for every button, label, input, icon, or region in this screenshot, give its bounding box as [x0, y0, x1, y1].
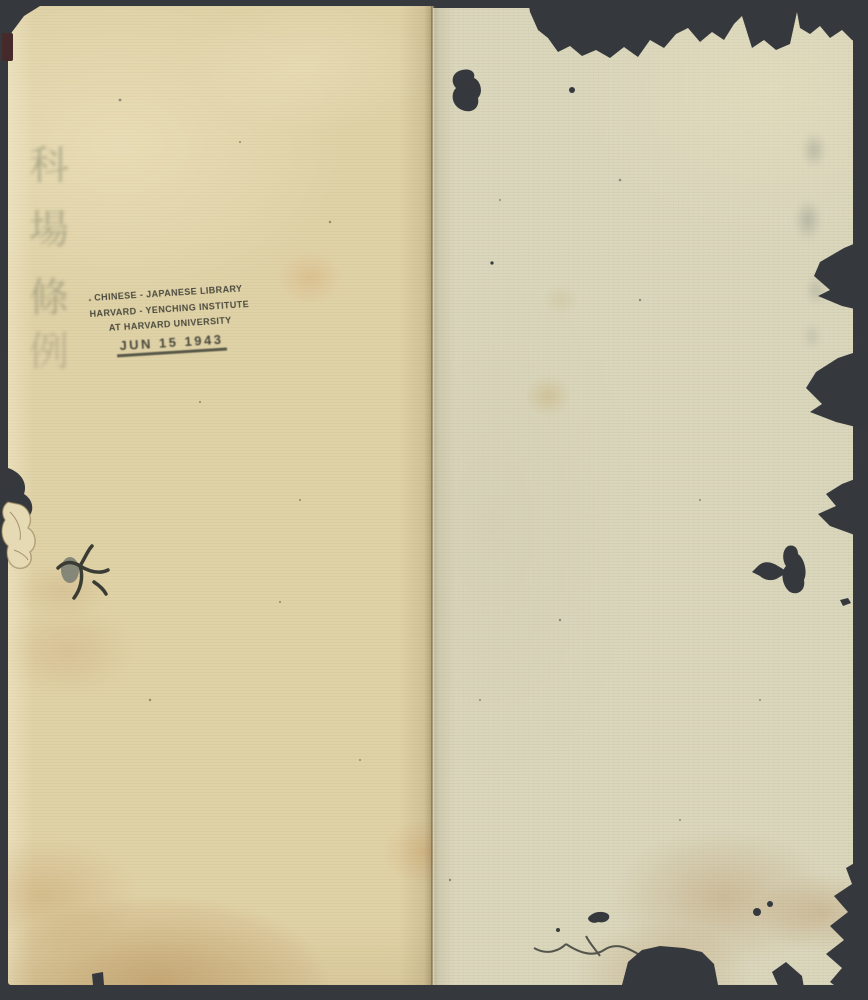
- page-gutter-fold: [424, 6, 438, 985]
- library-stamp: CHINESE - JAPANESE LIBRARY HARVARD - YEN…: [88, 281, 252, 358]
- showthrough-char: 場: [24, 208, 74, 252]
- showthrough-char: 條: [24, 276, 74, 320]
- showthrough-title-text: 科 場 條 例: [24, 130, 74, 490]
- showthrough-char: 例: [24, 330, 74, 374]
- showthrough-char: 科: [24, 144, 74, 188]
- book-scan-surface: 科 場 條 例 CHINESE - JAPANESE LIBRARY HARVA…: [0, 0, 868, 1000]
- showthrough-marks-right: [782, 118, 844, 368]
